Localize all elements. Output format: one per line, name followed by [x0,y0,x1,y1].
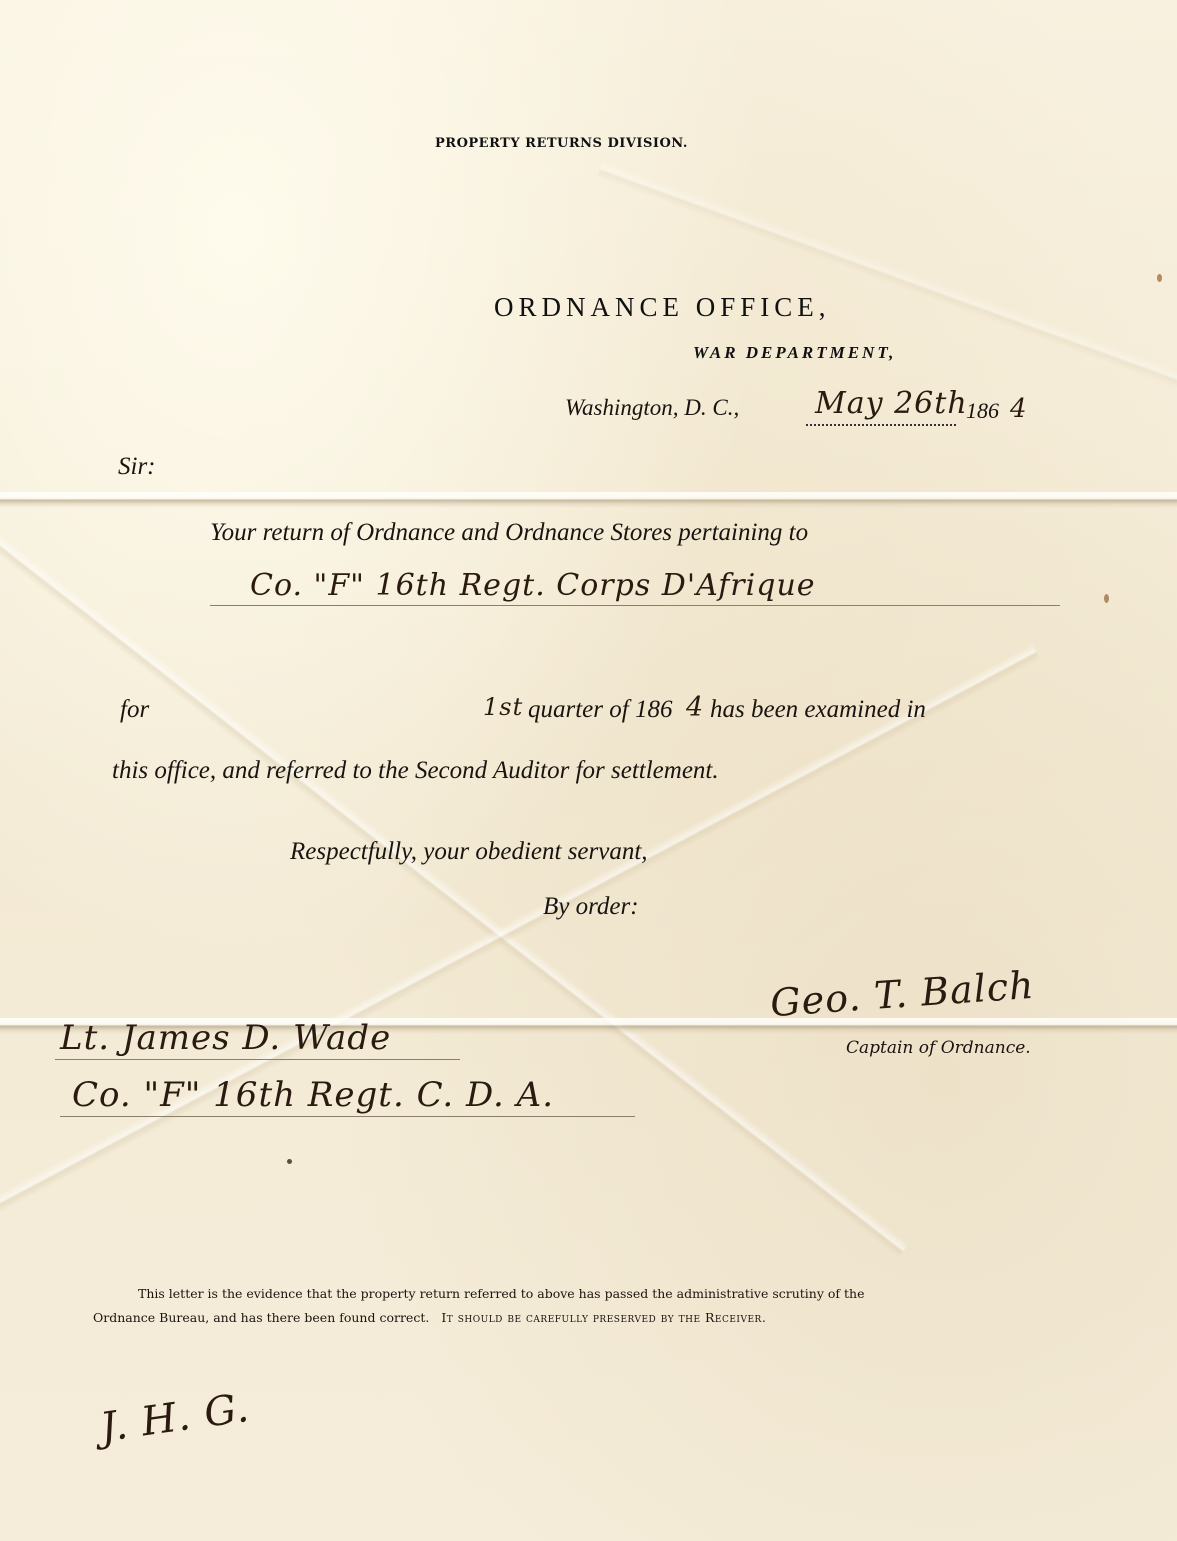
ink-spot [287,1159,292,1164]
body-line-1: Your return of Ordnance and Ordnance Sto… [210,519,808,547]
quarter-handwritten: 1st [483,693,523,721]
addressee-unit: Co. "F" 16th Regt. C. D. A. [72,1075,554,1115]
by-order: By order: [543,893,639,921]
salutation: Sir: [118,453,156,481]
footnote-preservation-notice: It should be carefully preserved by the … [441,1310,766,1325]
horizontal-fold [0,492,1177,508]
place-label: Washington, D. C., [565,395,739,421]
ink-spot [1157,274,1162,282]
body-for: for [120,696,149,724]
department-name: WAR DEPARTMENT, [693,343,896,363]
date-handwritten: May 26th [815,386,968,421]
date-fill-line [806,424,956,426]
body-quarter-text: quarter of 186 [528,696,672,724]
year-handwritten: 4 [1010,394,1028,424]
ink-spot [1104,594,1109,603]
office-title: ORDNANCE OFFICE, [494,292,831,323]
body-examined-text: has been examined in [710,696,926,724]
division-header: PROPERTY RETURNS DIVISION. [435,136,688,151]
closing: Respectfully, your obedient servant, [290,838,648,866]
footnote-line-1: This letter is the evidence that the pro… [138,1283,864,1305]
addressee-line-2-rule [60,1116,635,1117]
unit-handwritten: Co. "F" 16th Regt. Corps D'Afrique [250,568,816,603]
footnote-line-2: Ordnance Bureau, and has there been foun… [93,1310,429,1325]
year-printed: 186 [966,398,999,424]
unit-fill-line [210,605,1060,606]
signer-title: Captain of Ordnance. [846,1038,1031,1058]
addressee-line-1-rule [55,1059,460,1060]
body-line-4: this office, and referred to the Second … [112,757,719,785]
addressee-name: Lt. James D. Wade [60,1018,391,1058]
quarter-year-handwritten: 4 [686,692,704,723]
